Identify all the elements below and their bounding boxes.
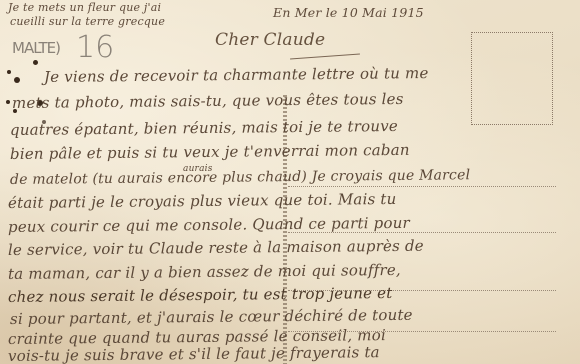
pencil-number-annotation: 16 <box>76 30 114 65</box>
date-line: En Mer le 10 Mai 1915 <box>273 5 424 20</box>
address-line-1 <box>288 186 556 187</box>
pencil-place-annotation: MALTE) <box>12 39 60 57</box>
ink-spot <box>7 70 11 74</box>
body-line: bien pâle et puis si tu veux je t'enverr… <box>10 141 410 163</box>
ink-spot <box>6 100 10 104</box>
body-line: chez nous serait le désespoir, tu est tr… <box>8 284 393 306</box>
salutation-underline <box>290 54 360 60</box>
body-line: quatres épatant, bien réunis, mais toi j… <box>10 117 398 139</box>
body-line: était parti je le croyais plus vieux que… <box>8 190 397 212</box>
ink-spot <box>14 77 20 83</box>
body-line: si pour partant, et j'aurais le cœur déc… <box>10 306 413 328</box>
stamp-placeholder-box <box>471 32 553 125</box>
body-line: Je viens de recevoir ta charmante lettre… <box>44 64 429 86</box>
salutation: Cher Claude <box>215 30 325 50</box>
top-note-line-2: cueilli sur la terre grecque <box>10 15 165 28</box>
top-note-line-1: Je te mets un fleur que j'ai <box>8 1 161 14</box>
postcard-back: Je te mets un fleur que j'ai cueilli sur… <box>0 0 580 364</box>
body-line: le service, voir tu Claude reste à la ma… <box>8 237 424 259</box>
body-line: de matelot (tu aurais encore plus chaud)… <box>10 167 470 188</box>
ink-spot <box>33 60 38 65</box>
body-line: ta maman, car il y a bien assez de moi q… <box>8 261 401 283</box>
body-line: vois-tu je suis brave et s'il le faut je… <box>8 343 380 364</box>
body-line: mets ta photo, mais sais-tu, que vous êt… <box>12 90 404 112</box>
